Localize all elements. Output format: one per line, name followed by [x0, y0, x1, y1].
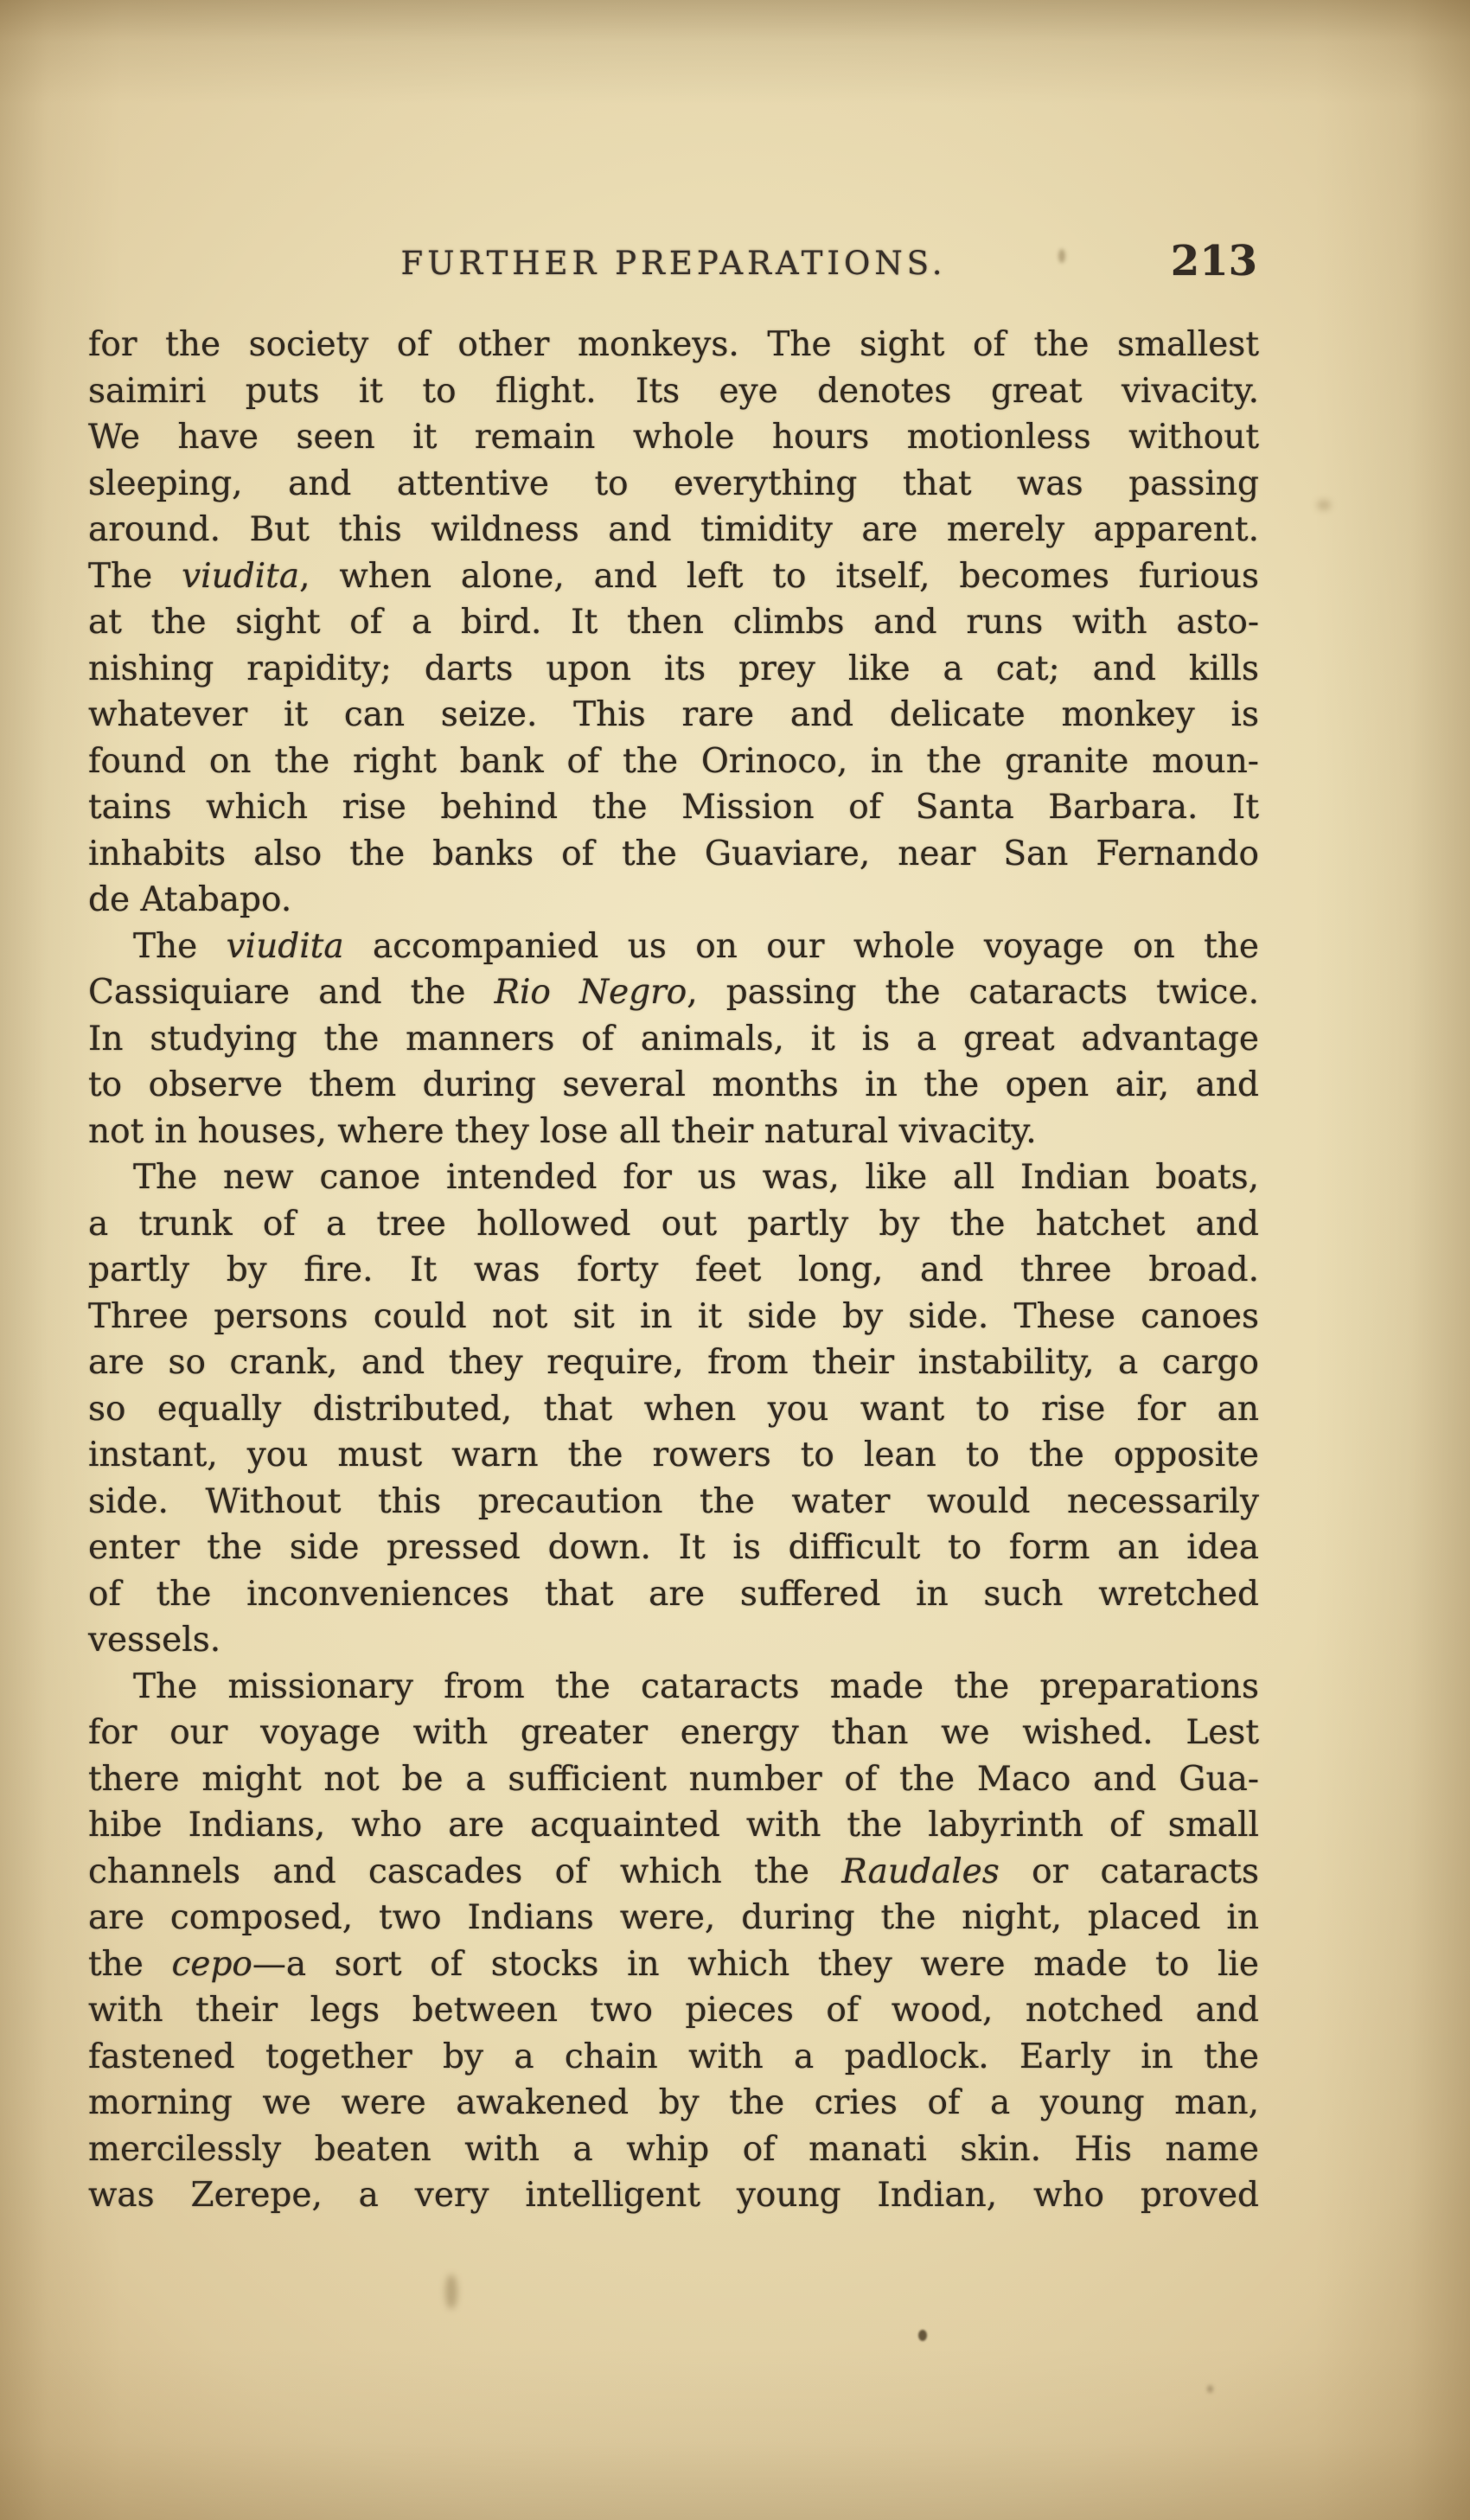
text-line: channels and cascades of which the Rauda… [88, 1849, 1259, 1896]
text-line: are so crank, and they require, from the… [88, 1340, 1259, 1386]
text-line: whatever it can seize. This rare and del… [88, 692, 1259, 739]
text-line: enter the side pressed down. It is diffi… [88, 1525, 1259, 1571]
text-line: nishing rapidity; darts upon its prey li… [88, 646, 1259, 693]
text-line: at the sight of a bird. It then climbs a… [88, 599, 1259, 646]
text-line: side. Without this precaution the water … [88, 1479, 1259, 1525]
text-line: partly by fire. It was forty feet long, … [88, 1247, 1259, 1294]
text-line: Three persons could not sit in it side b… [88, 1294, 1259, 1340]
text-line: the cepo—a sort of stocks in which they … [88, 1941, 1259, 1988]
text-line: tains which rise behind the Mission of S… [88, 784, 1259, 831]
text-line: around. But this wildness and timidity a… [88, 507, 1259, 553]
text-line: morning we were awakened by the cries of… [88, 2080, 1259, 2127]
text-line: instant, you must warn the rowers to lea… [88, 1432, 1259, 1479]
text-line: mercilessly beaten with a whip of manati… [88, 2127, 1259, 2173]
text-line: for our voyage with greater energy than … [88, 1710, 1259, 1756]
text-line: was Zerepe, a very intelligent young Ind… [88, 2172, 1259, 2219]
text-line: inhabits also the banks of the Guaviare,… [88, 831, 1259, 878]
text-line: of the inconveniences that are suffered … [88, 1571, 1259, 1618]
text-line: In studying the manners of animals, it i… [88, 1016, 1259, 1063]
text-line: We have seen it remain whole hours motio… [88, 414, 1259, 461]
paper-stain [1317, 500, 1331, 510]
text-line: with their legs between two pieces of wo… [88, 1987, 1259, 2034]
text-line: so equally distributed, that when you wa… [88, 1386, 1259, 1433]
text-line: de Atabapo. [88, 877, 1259, 924]
text-line: The viudita, when alone, and left to its… [88, 553, 1259, 600]
text-line: are composed, two Indians were, during t… [88, 1895, 1259, 1941]
page-number: 213 [1171, 237, 1257, 285]
text-line: The new canoe intended for us was, like … [88, 1154, 1259, 1201]
text-line: Cassiquiare and the Rio Negro, passing t… [88, 969, 1259, 1016]
text-line: saimiri puts it to flight. Its eye denot… [88, 368, 1259, 415]
text-line: to observe them during several months in… [88, 1062, 1259, 1109]
text-line: The viudita accompanied us on our whole … [88, 924, 1259, 970]
text-line: fastened together by a chain with a padl… [88, 2034, 1259, 2081]
running-head: FURTHER PREPARATIONS. 213 [88, 245, 1259, 297]
text-line: vessels. [88, 1617, 1259, 1664]
text-line: found on the right bank of the Orinoco, … [88, 739, 1259, 785]
text-line: for the society of other monkeys. The si… [88, 322, 1259, 368]
text-line: hibe Indians, who are acquainted with th… [88, 1802, 1259, 1849]
text-line: The missionary from the cataracts made t… [88, 1664, 1259, 1711]
running-head-title: FURTHER PREPARATIONS. [88, 245, 1259, 283]
book-page: FURTHER PREPARATIONS. 213 for the societ… [0, 0, 1470, 2520]
paper-stain [445, 2274, 457, 2309]
page-text: for the society of other monkeys. The si… [88, 322, 1259, 2219]
text-line: not in houses, where they lose all their… [88, 1109, 1259, 1155]
paper-speck [1207, 2385, 1213, 2393]
paper-speck [918, 2330, 927, 2341]
text-line: there might not be a sufficient number o… [88, 1756, 1259, 1803]
text-line: a trunk of a tree hollowed out partly by… [88, 1201, 1259, 1248]
text-line: sleeping, and attentive to everything th… [88, 461, 1259, 508]
